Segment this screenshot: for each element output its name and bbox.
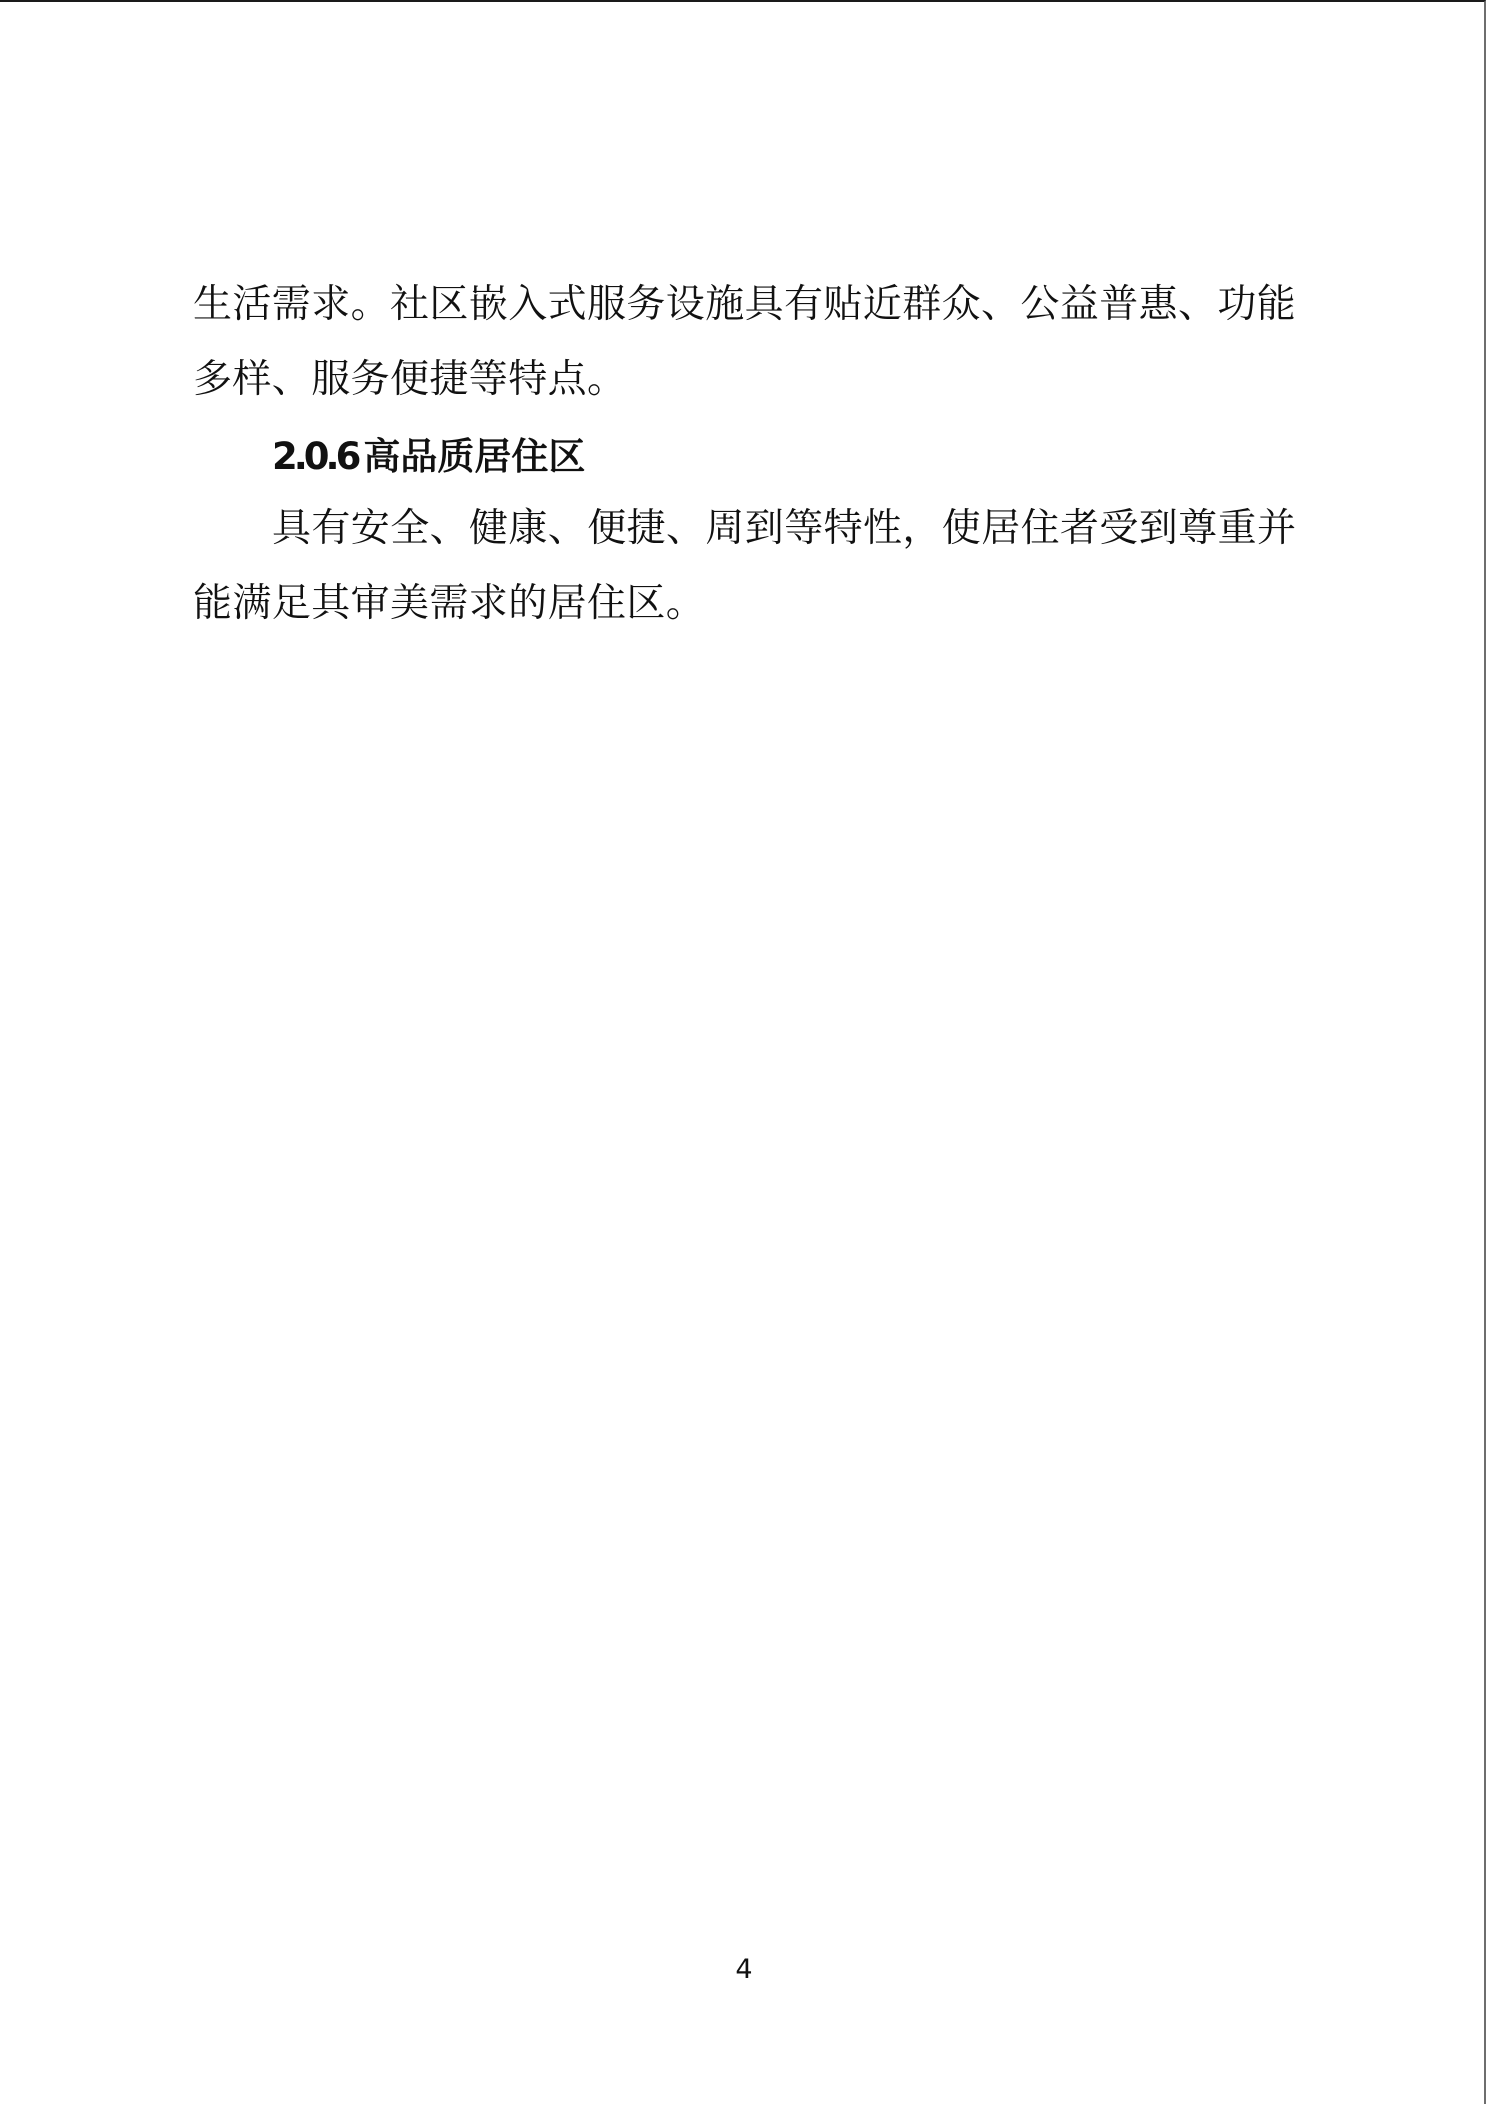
page-number: 4 (0, 1954, 1488, 1985)
document-page: 生活需求。社区嵌入式服务设施具有贴近群众、公益普惠、功能 多样、服务便捷等特点。… (0, 0, 1486, 2104)
paragraph-line: 具有安全、健康、便捷、周到等特性，使居住者受到尊重并 (272, 504, 1296, 554)
paragraph-line: 能满足其审美需求的居住区。 (193, 579, 705, 629)
paragraph-line: 生活需求。社区嵌入式服务设施具有贴近群众、公益普惠、功能 (193, 280, 1296, 330)
section-heading: 2.0.6高品质居住区 (272, 432, 585, 482)
section-number: 2.0.6 (272, 435, 357, 478)
paragraph-line: 多样、服务便捷等特点。 (193, 355, 626, 405)
section-title: 高品质居住区 (363, 435, 585, 478)
